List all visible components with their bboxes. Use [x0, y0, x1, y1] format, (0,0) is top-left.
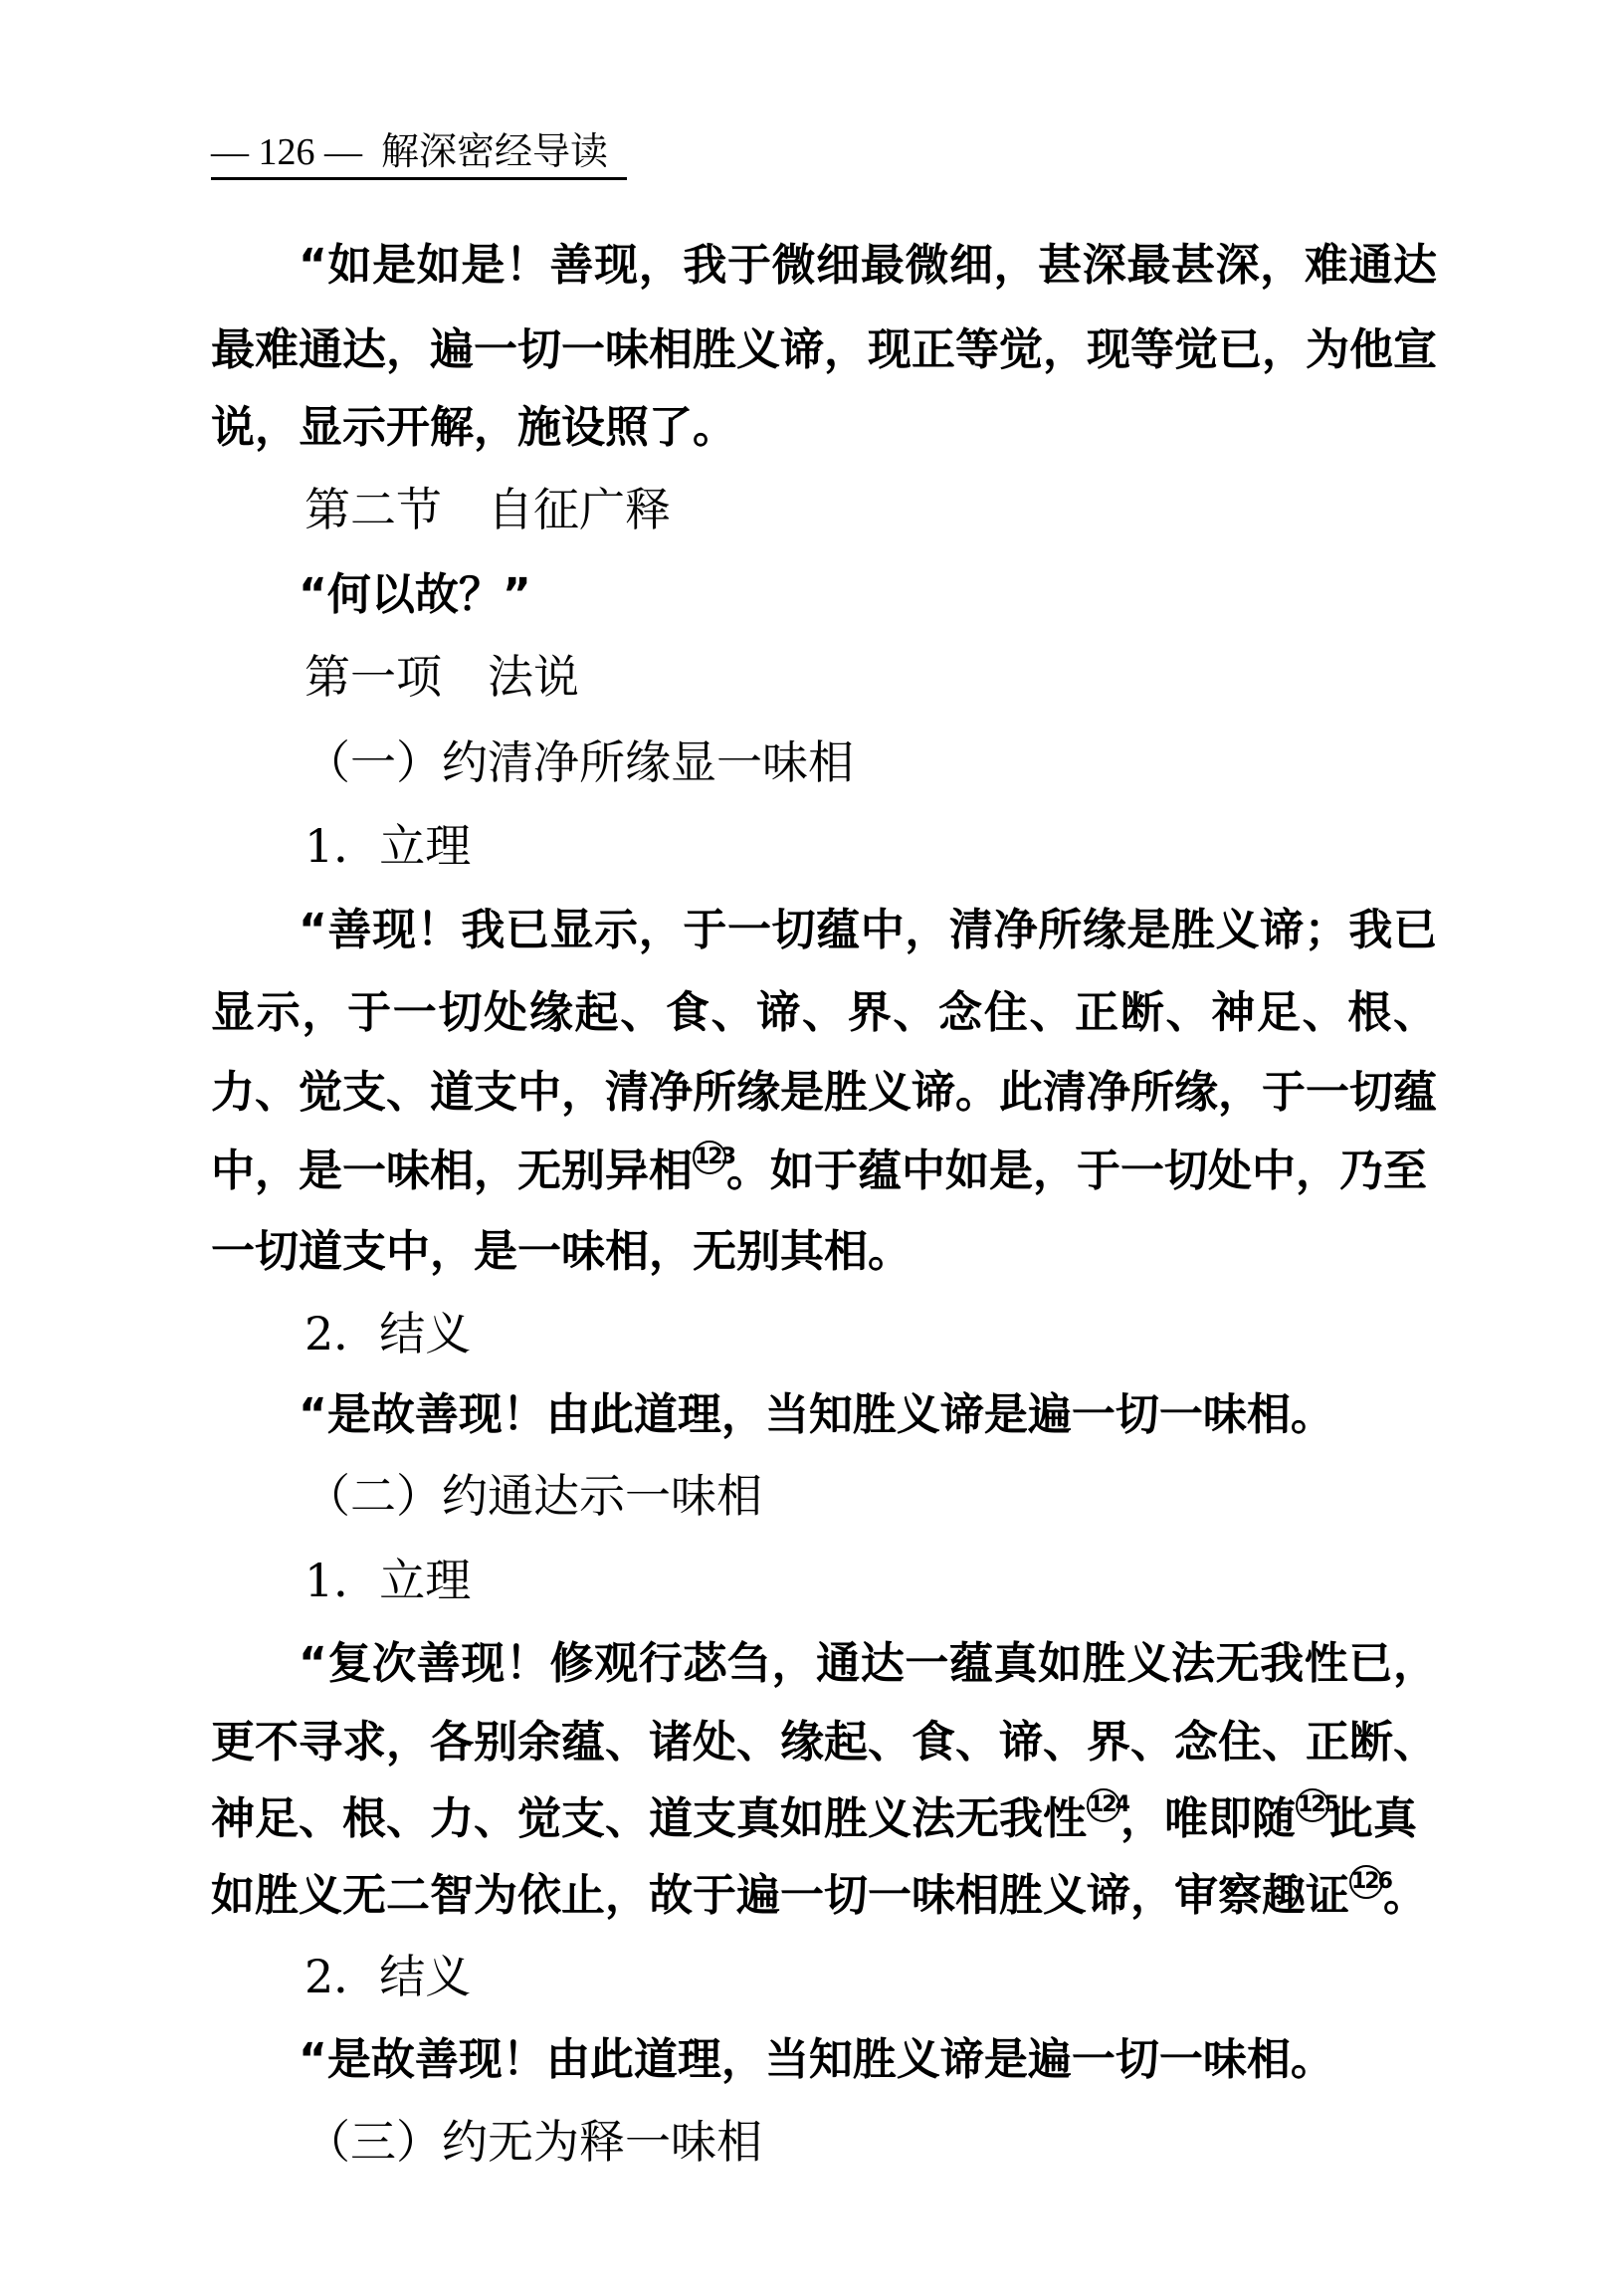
paragraph-line: “复次善现！修观行苾刍，通达一蕴真如胜义法无我性已， — [299, 1632, 1437, 1696]
book-title: 解深密经导读 — [381, 131, 608, 173]
subsection-heading: （三）约无为释一味相 — [304, 2110, 1530, 2174]
point-heading: 2．结义 — [304, 1302, 1530, 1365]
text-span: 中，是一味相，无别异相 — [211, 1146, 693, 1196]
page-number: — 126 — — [211, 127, 362, 177]
paragraph-line: 中，是一味相，无别异相123。如于蕴中如是，于一切处中，乃至 — [211, 1140, 1437, 1203]
paragraph-line: 说，显示开解，施设照了。 — [211, 396, 1437, 460]
point-heading: 1．立理 — [304, 1549, 1530, 1612]
text-span: 神足、根、力、觉支、道支真如胜义法无我性 — [211, 1793, 1087, 1844]
paragraph-line: 更不寻求，各别余蕴、诸处、缘起、食、谛、界、念住、正断、 — [211, 1711, 1437, 1774]
paragraph-line: “善现！我已显示，于一切蕴中，清净所缘是胜义谛；我已 — [299, 899, 1437, 962]
paragraph-line: 如胜义无二智为依止，故于遍一切一味相胜义谛，审察趣证126。 — [211, 1864, 1437, 1928]
paragraph-line: 显示，于一切处缘起、食、谛、界、念住、正断、神足、根、 — [211, 981, 1437, 1045]
paragraph-line: “如是如是！善现，我于微细最微细，甚深最甚深，难通达 — [299, 234, 1437, 298]
paragraph-line: 力、觉支、道支中，清净所缘是胜义谛。此清净所缘，于一切蕴 — [211, 1061, 1437, 1125]
paragraph-line: 最难通达，遍一切一味相胜义谛，现正等觉，现等觉已，为他宣 — [211, 318, 1437, 382]
text-span: 。如于蕴中如是，于一切处中，乃至 — [726, 1146, 1427, 1196]
paragraph-line: 一切道支中，是一味相，无别其相。 — [211, 1220, 1437, 1284]
paragraph-line: “是故善现！由此道理，当知胜义谛是遍一切一味相。 — [299, 1383, 1437, 1447]
running-header: — 126 — 解深密经导读 — [211, 127, 627, 177]
footnote-marker[interactable]: 124 — [1087, 1788, 1120, 1822]
footnote-marker[interactable]: 125 — [1296, 1788, 1329, 1822]
header-rule — [211, 177, 627, 180]
footnote-marker[interactable]: 126 — [1349, 1865, 1383, 1899]
text-span: 此真 — [1329, 1793, 1417, 1844]
paragraph-line: 神足、根、力、觉支、道支真如胜义法无我性124，唯即随125此真 — [211, 1787, 1437, 1851]
paragraph-line: “是故善现！由此道理，当知胜义谛是遍一切一味相。 — [299, 2028, 1437, 2092]
section-heading: 第二节 自征广释 — [304, 478, 1530, 541]
quote-line: “何以故？” — [299, 563, 1437, 627]
footnote-marker[interactable]: 123 — [693, 1141, 726, 1174]
subsection-heading: （二）约通达示一味相 — [304, 1464, 1530, 1528]
text-span: 如胜义无二智为依止，故于遍一切一味相胜义谛，审察趣证 — [211, 1870, 1349, 1921]
point-heading: 1．立理 — [304, 814, 1530, 878]
subsection-heading: （一）约清净所缘显一味相 — [304, 730, 1530, 794]
point-heading: 2．结义 — [304, 1945, 1530, 2008]
item-heading: 第一项 法说 — [304, 645, 1530, 709]
text-span: ，唯即随 — [1120, 1793, 1296, 1844]
